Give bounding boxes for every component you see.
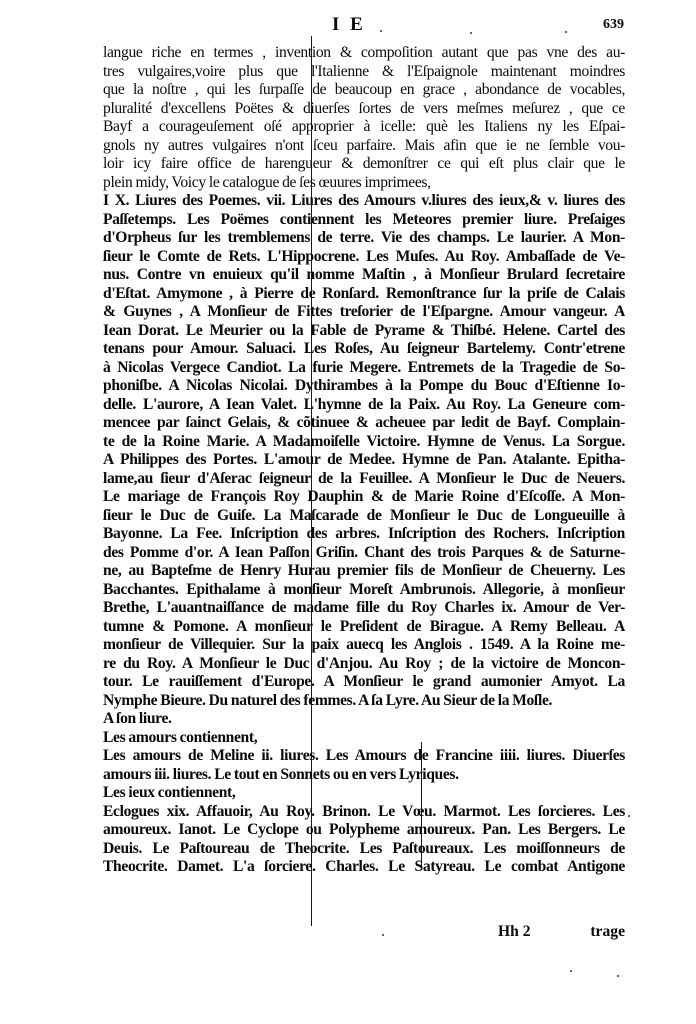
text-line: d'Orpheus ſur les tremblemens de terre. … [103, 229, 625, 248]
body-text: langue riche en termes , invention & com… [103, 44, 625, 877]
text-line: gnols ny autres vulgaires n'ont ſceu par… [103, 137, 625, 156]
text-line: amoureux. Ianot. Le Cyclope ou Polypheme… [103, 821, 625, 840]
text-line: ne, au Bapteſme de Henry Hurau premier f… [103, 562, 625, 581]
text-line: langue riche en termes , invention & com… [103, 44, 625, 63]
text-line: à Nicolas Vergece Candiot. La furie Mege… [103, 359, 625, 378]
text-line: te de la Roine Marie. A Madamoiſelle Vic… [103, 433, 625, 452]
text-line: tour. Le rauiſſement d'Europe. A Monſieu… [103, 673, 625, 692]
text-line: Les amours contiennent, [103, 729, 625, 748]
page-number: 639 [603, 17, 624, 33]
text-line: Bayf a courageuſement oſé approprier à i… [103, 118, 625, 137]
running-head: I E 639 [104, 14, 624, 38]
text-line: I X. Liures des Poemes. vii. Liures des … [103, 192, 625, 211]
text-line: tenans pour Amour. Saluaci. Les Roſes, A… [103, 340, 625, 359]
catchword: trage [590, 923, 625, 941]
text-line: plein midy, Voicy le catalogue de ſes œu… [103, 174, 625, 193]
text-line: tumne & Pomone. A monſieur le Preſident … [103, 618, 625, 637]
text-line: Bayonne. La Fee. Inſcription des arbres.… [103, 525, 625, 544]
text-line: delle. L'aurore, A Iean Valet. L'hymne d… [103, 396, 625, 415]
text-line: Paſſetemps. Les Poëmes contiennent les M… [103, 211, 625, 230]
text-line: Deuis. Le Paſtoureau de Theocrite. Les P… [103, 840, 625, 859]
text-line: des Pomme d'or. A Iean Paſſon Griſin. Ch… [103, 544, 625, 563]
text-line: d'Eſtat. Amymone , à Pierre de Ronſard. … [103, 285, 625, 304]
scan-speck [628, 815, 630, 817]
text-line: phoniſbe. A Nicolas Nicolai. Dythirambes… [103, 377, 625, 396]
text-line: Iean Dorat. Le Meurier ou la Fable de Py… [103, 322, 625, 341]
signature-mark: Hh 2 [498, 923, 531, 941]
text-line: Bacchantes. Epithalame à monſieur Moreſt… [103, 581, 625, 600]
text-line: ſieur le Comte de Rets. L'Hippocrene. Le… [103, 248, 625, 267]
text-line: Eclogues xix. Affauoir, Au Roy. Brinon. … [103, 803, 625, 822]
scan-speck [380, 30, 382, 32]
scan-speck [570, 970, 572, 972]
text-line: monſieur de Villequier. Sur la paix auec… [103, 636, 625, 655]
text-line: Les ieux contiennent, [103, 784, 625, 803]
scan-speck [617, 975, 619, 977]
text-line: Le mariage de François Roy Dauphin & de … [103, 488, 625, 507]
text-line: Brethe, L'auantnaiſſance de madame fille… [103, 599, 625, 618]
text-line: ſieur le Duc de Guiſe. La Maſcarade de M… [103, 507, 625, 526]
text-line: & Guynes , A Monſieur de Fittes treſorie… [103, 303, 625, 322]
scan-speck [382, 934, 384, 936]
text-line: loir icy faire office de harengueur & de… [103, 155, 625, 174]
text-line: A ſon liure. [103, 710, 625, 729]
text-line: Theocrite. Damet. L'a ſorciere. Charles.… [103, 858, 625, 877]
text-line: pluralité d'excellens Poëtes & diuerſes … [103, 100, 625, 119]
text-line: lame,au ſieur d'Aſerac ſeigneur de la Fe… [103, 470, 625, 489]
text-line: Nymphe Bieure. Du naturel des femmes. A … [103, 692, 625, 711]
text-line: A Philippes des Portes. L'amour de Medee… [103, 451, 625, 470]
page-footer: Hh 2 trage [103, 923, 625, 943]
text-line: amours iii. liures. Le tout en Sonnets o… [103, 766, 625, 785]
text-line: tres vulgaires,voire plus que l'Italienn… [103, 63, 625, 82]
text-line: nus. Contre vn enuieux qu'il nomme Maſti… [103, 266, 625, 285]
text-line: re du Roy. A Monſieur le Duc d'Anjou. Au… [103, 655, 625, 674]
scan-speck [565, 31, 567, 33]
text-line: que la noſtre , qui les ſurpaſſe de beau… [103, 81, 625, 100]
scanned-book-page: I E 639 langue riche en termes , inventi… [0, 0, 696, 1024]
scan-speck [470, 32, 472, 34]
running-head-title: I E [332, 14, 366, 36]
text-line: Les amours de Meline ii. liures. Les Amo… [103, 747, 625, 766]
text-line: mencee par ſainct Gelais, & cõtinuee & a… [103, 414, 625, 433]
